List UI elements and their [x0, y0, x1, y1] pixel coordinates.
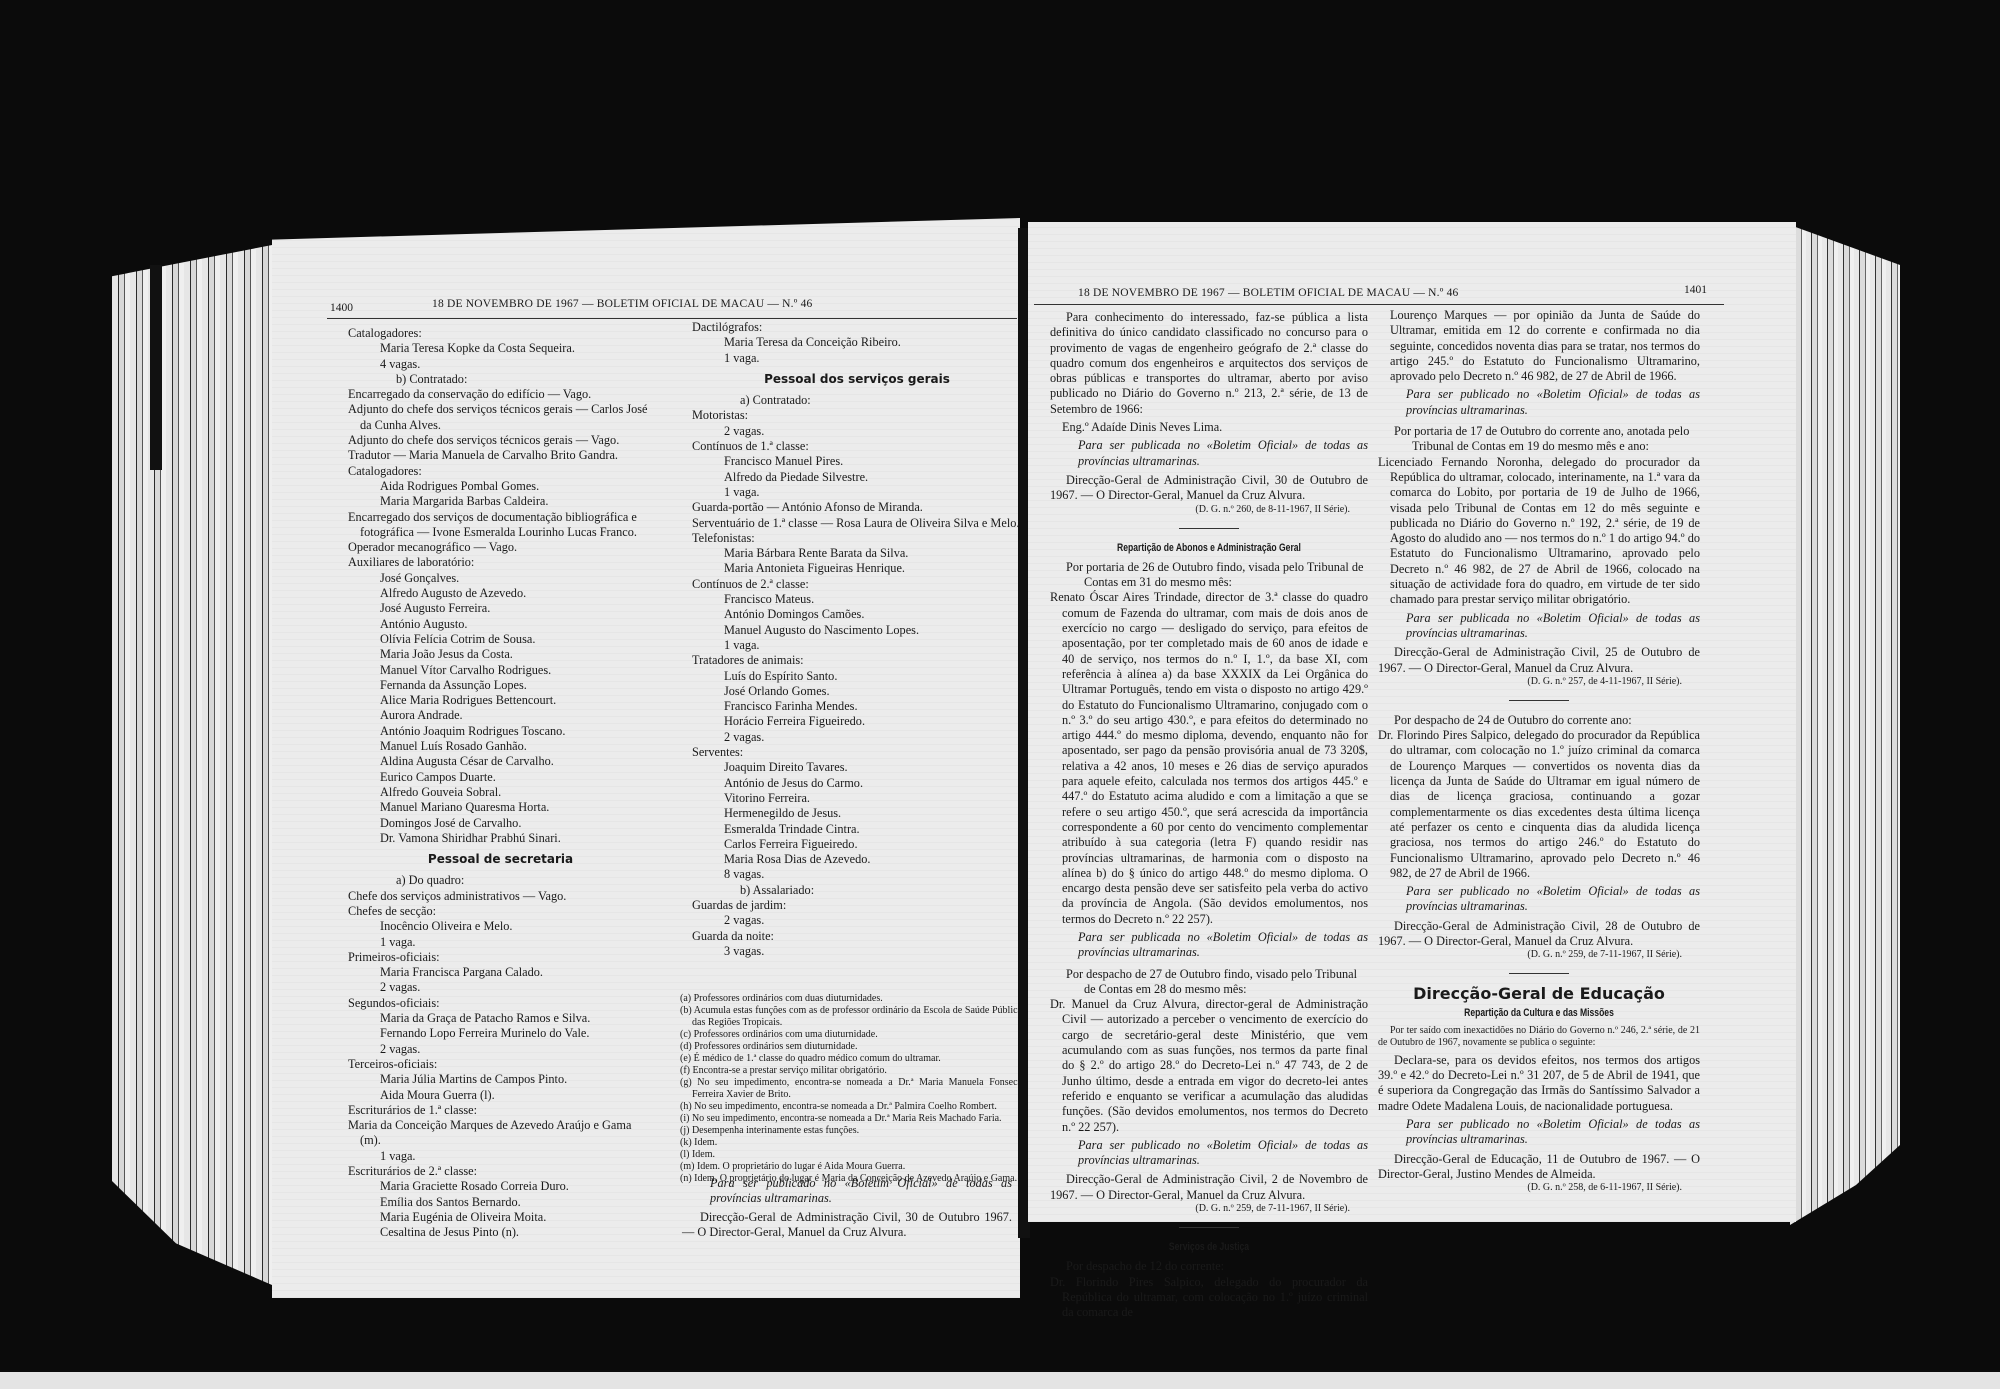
list-item: Escriturários de 1.ª classe:	[348, 1103, 653, 1118]
list-item: Alfredo da Piedade Silvestre.	[692, 470, 1022, 485]
publication-note: Para ser publicado no «Boletim Oficial» …	[1378, 1117, 1700, 1148]
order-intro: Por portaria de 17 de Outubro do corrent…	[1378, 424, 1700, 455]
signature-line: Direcção-Geral de Administração Civil, 3…	[682, 1210, 1012, 1241]
list-item: Tratadores de animais:	[692, 653, 1022, 668]
list-item: Aldina Augusta César de Carvalho.	[348, 754, 653, 769]
list-item: António Joaquim Rodrigues Toscano.	[348, 724, 653, 739]
list-item: José Augusto Ferreira.	[348, 601, 653, 616]
scanner-strip	[0, 1372, 2000, 1389]
list-item: Alfredo Augusto de Azevedo.	[348, 586, 653, 601]
list-item: Manuel Vítor Carvalho Rodrigues.	[348, 663, 653, 678]
list-item: Eurico Campos Duarte.	[348, 770, 653, 785]
footnotes: (a) Professores ordinários com duas diut…	[682, 993, 1022, 1185]
list-item: Contínuos de 2.ª classe:	[692, 577, 1022, 592]
list-item: Maria Graciette Rosado Correia Duro.	[348, 1179, 653, 1194]
footnote: (m) Idem. O proprietário do lugar é Aida…	[682, 1161, 1022, 1173]
list-item: Adjunto do chefe dos serviços técnicos g…	[348, 433, 653, 448]
list-item: 2 vagas.	[692, 730, 1022, 745]
list-item: António Domingos Camões.	[692, 607, 1022, 622]
list-item: Maria Bárbara Rente Barata da Silva.	[692, 546, 1022, 561]
list-item: 2 vagas.	[348, 1042, 653, 1057]
page-number: 1401	[1684, 284, 1707, 296]
list-item: Francisco Manuel Pires.	[692, 454, 1022, 469]
footnote: (g) No seu impedimento, encontra-se nome…	[682, 1077, 1022, 1101]
candidate-name: Eng.º Adaíde Dinis Neves Lima.	[1050, 420, 1368, 435]
order-body: Dr. Manuel da Cruz Alvura, director-gera…	[1050, 997, 1368, 1135]
list-item: Alice Maria Rodrigues Bettencourt.	[348, 693, 653, 708]
list-item: Fernando Lopo Ferreira Murinelo do Vale.	[348, 1026, 653, 1041]
section-heading: Pessoal de secretaria	[348, 852, 653, 867]
list-item: Aida Rodrigues Pombal Gomes.	[348, 479, 653, 494]
list-item: Manuel Augusto do Nascimento Lopes.	[692, 623, 1022, 638]
signature-line: Direcção-Geral de Educação, 11 de Outubr…	[1378, 1152, 1700, 1183]
list-item: Maria Antonieta Figueiras Henrique.	[692, 561, 1022, 576]
list-item: Maria Margarida Barbas Caldeira.	[348, 494, 653, 509]
right-page-edges	[1790, 225, 1900, 1225]
list-item: a) Contratado:	[692, 393, 1022, 408]
publication-note: Para ser publicada no «Boletim Oficial» …	[1378, 611, 1700, 642]
list-item: Maria Eugénia de Oliveira Moita.	[348, 1210, 653, 1225]
order-intro: Por despacho de 12 do corrente:	[1050, 1259, 1368, 1274]
list-item: Vitorino Ferreira.	[692, 791, 1022, 806]
order-body: Dr. Florindo Pires Salpico, delegado do …	[1050, 1275, 1368, 1321]
list-item: Luís do Espírito Santo.	[692, 669, 1022, 684]
list-item: Serventuário de 1.ª classe — Rosa Laura …	[692, 516, 1022, 531]
list-item: Joaquim Direito Tavares.	[692, 760, 1022, 775]
list-item: António Augusto.	[348, 617, 653, 632]
list-item: Auxiliares de laboratório:	[348, 555, 653, 570]
publication-note: Para ser publicada no «Boletim Oficial» …	[1050, 438, 1368, 469]
reference: (D. G. n.º 260, de 8-11-1967, II Série).	[1050, 504, 1368, 516]
list-item: José Orlando Gomes.	[692, 684, 1022, 699]
header-rule	[1034, 304, 1724, 305]
publication-note: Para ser publicada no «Boletim Oficial» …	[1050, 930, 1368, 961]
right-column-1: Para conhecimento do interessado, faz-se…	[1050, 310, 1368, 1321]
list-item: Guardas de jardim:	[692, 898, 1022, 913]
list-item: 1 vaga.	[348, 935, 653, 950]
list-item: b) Contratado:	[348, 372, 653, 387]
list-item: Dr. Vamona Shiridhar Prabhú Sinari.	[348, 831, 653, 846]
list-item: Encarregado da conservação do edifício —…	[348, 387, 653, 402]
footnote: (d) Professores ordinários sem diuturnid…	[682, 1041, 1022, 1053]
publication-note: Para ser publicado no «Boletim Oficial» …	[1050, 1138, 1368, 1169]
list-item: Dactilógrafos:	[692, 320, 1022, 335]
list-item: 1 vaga.	[692, 638, 1022, 653]
footnote: (h) No seu impedimento, encontra-se nome…	[682, 1101, 1022, 1113]
list-item: Fernanda da Assunção Lopes.	[348, 678, 653, 693]
list-item: Guarda-portão — António Afonso de Mirand…	[692, 500, 1022, 515]
list-item: Motoristas:	[692, 408, 1022, 423]
publication-note: Para ser publicado no «Boletim Oficial» …	[682, 1176, 1012, 1207]
reference: (D. G. n.º 258, de 6-11-1967, II Série).	[1378, 1182, 1700, 1194]
page-header: 18 DE NOVEMBRO DE 1967 — BOLETIM OFICIAL…	[1078, 287, 1459, 299]
separator	[1509, 700, 1569, 701]
list-item: Terceiros-oficiais:	[348, 1057, 653, 1072]
separator	[1179, 1227, 1239, 1228]
order-body: Renato Óscar Aires Trindade, director de…	[1050, 590, 1368, 927]
list-item: Telefonistas:	[692, 531, 1022, 546]
list-item: Alfredo Gouveia Sobral.	[348, 785, 653, 800]
list-item: Catalogadores:	[348, 464, 653, 479]
list-item: 2 vagas.	[348, 980, 653, 995]
scan-mark	[150, 265, 162, 470]
reference: (D. G. n.º 259, de 7-11-1967, II Série).	[1050, 1203, 1368, 1215]
footnote: (l) Idem.	[682, 1149, 1022, 1161]
list-item: Olívia Felícia Cotrim de Sousa.	[348, 632, 653, 647]
publication-note: Para ser publicado no «Boletim Oficial» …	[1378, 884, 1700, 915]
list-item: Chefe dos serviços administrativos — Vag…	[348, 889, 653, 904]
list-item: Manuel Mariano Quaresma Horta.	[348, 800, 653, 815]
publication-note: Para ser publicado no «Boletim Oficial» …	[1378, 387, 1700, 418]
list-item: Manuel Luís Rosado Ganhão.	[348, 739, 653, 754]
list-item: José Gonçalves.	[348, 571, 653, 586]
order-intro: Por despacho de 27 de Outubro findo, vis…	[1050, 967, 1368, 998]
list-item: 2 vagas.	[692, 913, 1022, 928]
page-header: 18 DE NOVEMBRO DE 1967 — BOLETIM OFICIAL…	[432, 298, 813, 310]
right-page: 18 DE NOVEMBRO DE 1967 — BOLETIM OFICIAL…	[1028, 222, 1796, 1222]
list-item: Horácio Ferreira Figueiredo.	[692, 714, 1022, 729]
section-heading: Repartição de Abonos e Administração Ger…	[1085, 541, 1333, 556]
reference: (D. G. n.º 257, de 4-11-1967, II Série).	[1378, 676, 1700, 688]
list-item: Segundos-oficiais:	[348, 996, 653, 1011]
list-item: Maria João Jesus da Costa.	[348, 647, 653, 662]
list-item: Emília dos Santos Bernardo.	[348, 1195, 653, 1210]
list-item: 2 vagas.	[692, 424, 1022, 439]
list-item: 4 vagas.	[348, 357, 653, 372]
left-page: 1400 18 DE NOVEMBRO DE 1967 — BOLETIM OF…	[272, 218, 1020, 1298]
section-heading: Repartição da Cultura e das Missões	[1413, 1006, 1664, 1021]
list-item: Aurora Andrade.	[348, 708, 653, 723]
footnote: (e) É médico de 1.ª classe do quadro méd…	[682, 1053, 1022, 1065]
list-item: Maria Júlia Martins de Campos Pinto.	[348, 1072, 653, 1087]
section-heading: Serviços de Justiça	[1085, 1240, 1333, 1255]
list-item: Chefes de secção:	[348, 904, 653, 919]
section-heading: Pessoal dos serviços gerais	[692, 372, 1022, 387]
list-item: Maria Francisca Pargana Calado.	[348, 965, 653, 980]
footnote: (k) Idem.	[682, 1137, 1022, 1149]
book-spread: 1400 18 DE NOVEMBRO DE 1967 — BOLETIM OF…	[0, 0, 2000, 1389]
list-item: Cesaltina de Jesus Pinto (n).	[348, 1225, 653, 1240]
signature-line: Direcção-Geral de Administração Civil, 2…	[1378, 919, 1700, 950]
list-item: a) Do quadro:	[348, 873, 653, 888]
header-rule	[327, 318, 1017, 319]
left-column-2: Dactilógrafos:Maria Teresa da Conceição …	[692, 320, 1022, 959]
list-item: Maria da Graça de Patacho Ramos e Silva.	[348, 1011, 653, 1026]
list-item: Maria Teresa Kopke da Costa Sequeira.	[348, 341, 653, 356]
list-item: 8 vagas.	[692, 867, 1022, 882]
footnote: (i) No seu impedimento, encontra-se nome…	[682, 1113, 1022, 1125]
list-item: Catalogadores:	[348, 326, 653, 341]
order-intro: Por despacho de 24 de Outubro do corrent…	[1378, 713, 1700, 728]
list-item: Aida Moura Guerra (l).	[348, 1088, 653, 1103]
list-item: Tradutor — Maria Manuela de Carvalho Bri…	[348, 448, 653, 463]
list-item: António de Jesus do Carmo.	[692, 776, 1022, 791]
section-title: Direcção-Geral de Educação	[1378, 986, 1700, 1001]
signature-line: Direcção-Geral de Administração Civil, 3…	[1050, 473, 1368, 504]
list-item: Primeiros-oficiais:	[348, 950, 653, 965]
list-item: Maria da Conceição Marques de Azevedo Ar…	[348, 1118, 653, 1149]
signature-line: Direcção-Geral de Administração Civil, 2…	[1050, 1172, 1368, 1203]
footnote: (j) Desempenha interinamente estas funçõ…	[682, 1125, 1022, 1137]
reference: (D. G. n.º 259, de 7-11-1967, II Série).	[1378, 949, 1700, 961]
footnote: (a) Professores ordinários com duas diut…	[682, 993, 1022, 1005]
notice-paragraph: Para conhecimento do interessado, faz-se…	[1050, 310, 1368, 417]
list-item: 1 vaga.	[692, 485, 1022, 500]
list-item: Serventes:	[692, 745, 1022, 760]
list-item: Carlos Ferreira Figueiredo.	[692, 837, 1022, 852]
list-item: 3 vagas.	[692, 944, 1022, 959]
correction-note: Por ter saído com inexactidões no Diário…	[1378, 1025, 1700, 1049]
list-item: b) Assalariado:	[692, 883, 1022, 898]
order-body: Licenciado Fernando Noronha, delegado do…	[1378, 455, 1700, 608]
footnote: (c) Professores ordinários com uma diutu…	[682, 1029, 1022, 1041]
list-item: Francisco Mateus.	[692, 592, 1022, 607]
list-item: Esmeralda Trindade Cintra.	[692, 822, 1022, 837]
list-item: Francisco Farinha Mendes.	[692, 699, 1022, 714]
separator	[1179, 528, 1239, 529]
list-item: Inocêncio Oliveira e Melo.	[348, 919, 653, 934]
list-item: Maria Rosa Dias de Azevedo.	[692, 852, 1022, 867]
list-item: Encarregado dos serviços de documentação…	[348, 510, 653, 541]
list-item: Hermenegildo de Jesus.	[692, 806, 1022, 821]
list-item: Maria Teresa da Conceição Ribeiro.	[692, 335, 1022, 350]
list-item: 1 vaga.	[348, 1149, 653, 1164]
order-intro: Por portaria de 26 de Outubro findo, vis…	[1050, 560, 1368, 591]
list-item: 1 vaga.	[692, 351, 1022, 366]
declaration-body: Declara-se, para os devidos efeitos, nos…	[1378, 1053, 1700, 1114]
page-number: 1400	[330, 302, 353, 314]
list-item: Escriturários de 2.ª classe:	[348, 1164, 653, 1179]
list-item: Contínuos de 1.ª classe:	[692, 439, 1022, 454]
footnote: (b) Acumula estas funções com as de prof…	[682, 1005, 1022, 1029]
list-item: Guarda da noite:	[692, 929, 1022, 944]
footnote: (f) Encontra-se a prestar serviço milita…	[682, 1065, 1022, 1077]
list-item: Operador mecanográfico — Vago.	[348, 540, 653, 555]
left-page-edges	[112, 245, 272, 1285]
left-column-1: Catalogadores:Maria Teresa Kopke da Cost…	[348, 326, 653, 1241]
separator	[1509, 973, 1569, 974]
right-column-2: Lourenço Marques — por opinião da Junta …	[1378, 308, 1700, 1194]
signature-line: Direcção-Geral de Administração Civil, 2…	[1378, 645, 1700, 676]
order-body: Dr. Florindo Pires Salpico, delegado do …	[1378, 728, 1700, 881]
list-item: Domingos José de Carvalho.	[348, 816, 653, 831]
list-item: Adjunto do chefe dos serviços técnicos g…	[348, 402, 653, 433]
order-body: Lourenço Marques — por opinião da Junta …	[1378, 308, 1700, 384]
